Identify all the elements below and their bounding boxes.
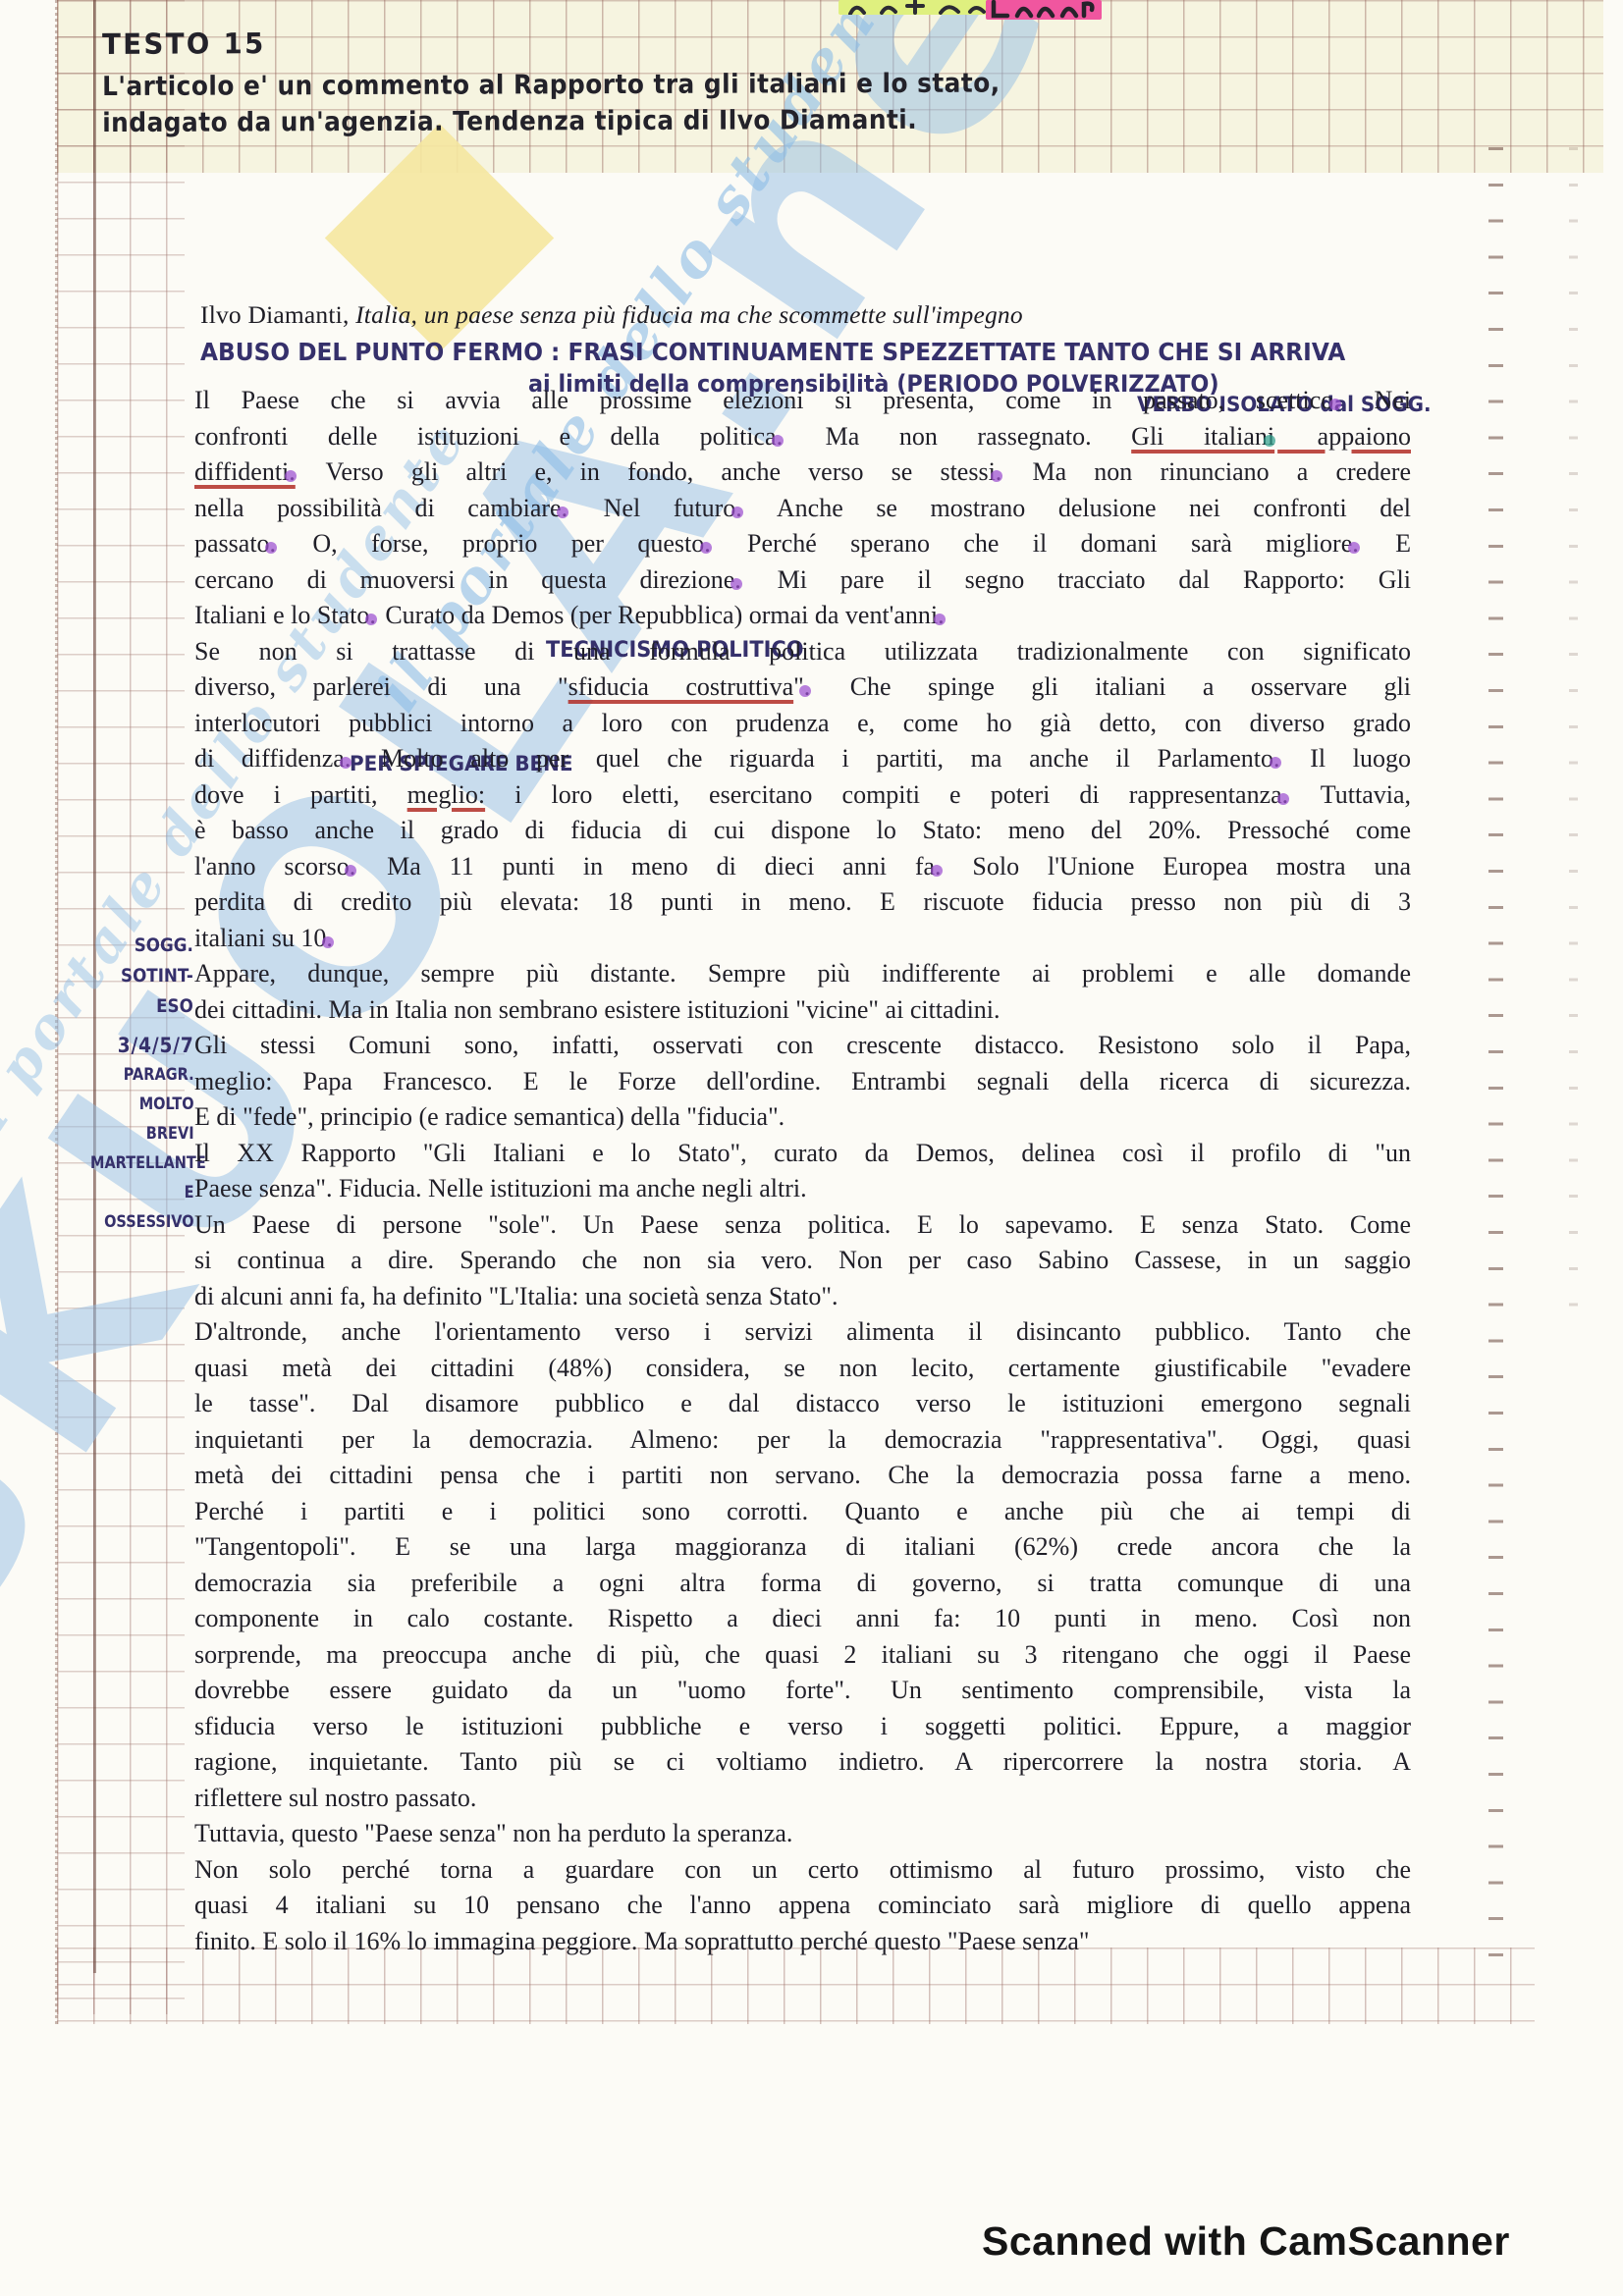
grid-dash-column-far-right bbox=[1569, 147, 1578, 1335]
period-highlight-dot bbox=[365, 614, 377, 625]
margin-note-soggetto-sottinteso: SOGG.SOTINT-ESO bbox=[98, 931, 193, 1022]
intro-note-handwritten: L'articolo e' un commento al Rapporto tr… bbox=[102, 66, 1001, 141]
period-highlight-dot bbox=[772, 435, 784, 447]
camscanner-watermark-text: Scanned with CamScanner bbox=[982, 2218, 1510, 2265]
article-line: D'altronde, anche l'orientamento verso i… bbox=[194, 1314, 1411, 1351]
period-highlight-dot bbox=[700, 542, 712, 554]
article-line: Perché i partiti e i politici sono corro… bbox=[194, 1494, 1411, 1530]
article-author: Ilvo Diamanti, bbox=[200, 300, 355, 329]
article-paragraph: Non solo perché torna a guardare con un … bbox=[194, 1852, 1411, 1960]
article-paragraph: Appare, dunque, sempre più distante. Sem… bbox=[194, 956, 1411, 1028]
article-line: italiani su 10. bbox=[194, 921, 1411, 957]
article-body: Il Paese che si avvia alle prossime elez… bbox=[194, 383, 1411, 1959]
article-line: Gli stessi Comuni sono, infatti, osserva… bbox=[194, 1028, 1411, 1064]
article-line: interlocutori pubblici intorno a loro co… bbox=[194, 706, 1411, 742]
article-line: componente in calo costante. Rispetto a … bbox=[194, 1601, 1411, 1637]
period-highlight-dot bbox=[265, 542, 277, 554]
article-line: democrazia sia preferibile a ogni altra … bbox=[194, 1566, 1411, 1602]
period-highlight-dot bbox=[1348, 542, 1360, 554]
article-line: nella possibilità di cambiare. Nel futur… bbox=[194, 491, 1411, 527]
article-paragraph: Il XX Rapporto "Gli Italiani e lo Stato"… bbox=[194, 1136, 1411, 1207]
period-highlight-dot bbox=[730, 578, 742, 590]
period-highlight-dot bbox=[1264, 435, 1275, 447]
period-highlight-dot bbox=[340, 757, 352, 769]
article-paragraph: Gli stessi Comuni sono, infatti, osserva… bbox=[194, 1028, 1411, 1136]
article-paragraph: Il Paese che si avvia alle prossime elez… bbox=[194, 383, 1411, 634]
article-line: Tuttavia, questo "Paese senza" non ha pe… bbox=[194, 1816, 1411, 1852]
article-line: metà dei cittadini pensa che i partiti n… bbox=[194, 1458, 1411, 1494]
article-line: di diffidenza. Molto alto per quel che r… bbox=[194, 741, 1411, 777]
article-line: cercano di muoversi in questa direzione.… bbox=[194, 562, 1411, 599]
article-line: dove i partiti, meglio: i loro eletti, e… bbox=[194, 777, 1411, 814]
illegible-scribble bbox=[986, 0, 1102, 20]
period-highlight-dot bbox=[345, 865, 356, 877]
period-highlight-dot bbox=[731, 507, 743, 518]
article-line: le tasse". Dal disamore pubblico e dal d… bbox=[194, 1386, 1411, 1422]
annotation-abuso-punto-fermo: ABUSO DEL PUNTO FERMO : FRASI CONTINUAME… bbox=[200, 338, 1345, 366]
cutoff-highlight-yellow bbox=[839, 0, 988, 15]
period-highlight-dot bbox=[322, 936, 334, 948]
article-byline: Ilvo Diamanti, Italia, un paese senza pi… bbox=[200, 300, 1418, 330]
period-highlight-dot bbox=[1277, 793, 1289, 805]
article-line: dei cittadini. Ma in Italia non sembrano… bbox=[194, 992, 1411, 1029]
article-line: diffidenti. Verso gli altri e, in fondo,… bbox=[194, 454, 1411, 491]
article-line: è basso anche il grado di fiducia di cui… bbox=[194, 813, 1411, 849]
article-line: "Tangentopoli". E se una larga maggioran… bbox=[194, 1529, 1411, 1566]
article-paragraph: Se non si trattasse di una formula polit… bbox=[194, 634, 1411, 957]
red-underlined-phrase: appaiono bbox=[1277, 422, 1411, 451]
article-paragraph: Tuttavia, questo "Paese senza" non ha pe… bbox=[194, 1816, 1411, 1852]
article-line: Appare, dunque, sempre più distante. Sem… bbox=[194, 956, 1411, 992]
article-line: E di "fede", principio (e radice semanti… bbox=[194, 1099, 1411, 1136]
article-line: ragione, inquietante. Tanto più se ci vo… bbox=[194, 1744, 1411, 1781]
period-highlight-dot bbox=[799, 685, 811, 697]
period-highlight-dot bbox=[1270, 757, 1281, 769]
red-underlined-phrase: meglio: bbox=[407, 780, 485, 809]
article-line: perdita di credito più elevata: 18 punti… bbox=[194, 884, 1411, 921]
article-line: di alcuni anni fa, ha definito "L'Italia… bbox=[194, 1279, 1411, 1315]
article-line: sorprende, ma preoccupa anche di più, ch… bbox=[194, 1637, 1411, 1674]
grid-dash-column-right bbox=[1488, 147, 1503, 1958]
article-line: meglio: Papa Francesco. E le Forze dell'… bbox=[194, 1064, 1411, 1100]
article-line: diverso, parlerei di una "sfiducia costr… bbox=[194, 669, 1411, 706]
cutoff-highlight-pink bbox=[986, 0, 1102, 20]
period-highlight-dot bbox=[557, 507, 568, 518]
illegible-scribble bbox=[839, 0, 988, 15]
article-paragraph: Un Paese di persone "sole". Un Paese sen… bbox=[194, 1207, 1411, 1315]
article-line: Italiani e lo Stato. Curato da Demos (pe… bbox=[194, 598, 1411, 634]
article-line: l'anno scorso. Ma 11 punti in meno di di… bbox=[194, 849, 1411, 885]
article-line: quasi metà dei cittadini (48%) considera… bbox=[194, 1351, 1411, 1387]
article-line: inquietanti per la democrazia. Almeno: p… bbox=[194, 1422, 1411, 1459]
period-highlight-dot bbox=[934, 614, 946, 625]
margin-note-paragrafi-brevi: 3/4/5/7PARAGR.MOLTOBREVIMARTELLANTEE OSS… bbox=[90, 1031, 194, 1237]
period-highlight-dot bbox=[991, 470, 1002, 482]
article-line: Non solo perché torna a guardare con un … bbox=[194, 1852, 1411, 1889]
article-line: Se non si trattasse di una formula polit… bbox=[194, 634, 1411, 670]
article-line: quasi 4 italiani su 10 pensano che l'ann… bbox=[194, 1888, 1411, 1924]
article-line: confronti delle istituzioni e della poli… bbox=[194, 419, 1411, 455]
red-underlined-phrase: Gli italiani bbox=[1131, 422, 1274, 451]
article-line: Un Paese di persone "sole". Un Paese sen… bbox=[194, 1207, 1411, 1244]
period-highlight-dot bbox=[285, 470, 297, 482]
article-line: passato. O, forse, proprio per questo. P… bbox=[194, 526, 1411, 562]
article-line: riflettere sul nostro passato. bbox=[194, 1781, 1411, 1817]
scanned-notebook-page: SKUOLA.net il portale dello studente il … bbox=[0, 0, 1623, 2296]
article-line: finito. E solo il 16% lo immagina peggio… bbox=[194, 1924, 1411, 1960]
article-line: Il Paese che si avvia alle prossime elez… bbox=[194, 383, 1411, 419]
article-paragraph: D'altronde, anche l'orientamento verso i… bbox=[194, 1314, 1411, 1816]
article-title-italic: Italia, un paese senza più fiducia ma ch… bbox=[355, 300, 1023, 329]
article-line: Paese senza". Fiducia. Nelle istituzioni… bbox=[194, 1171, 1411, 1207]
page-title-handwritten: TESTO 15 bbox=[102, 27, 266, 61]
red-underlined-phrase: diffidenti. bbox=[194, 457, 296, 486]
article-line: sfiducia verso le istituzioni pubbliche … bbox=[194, 1709, 1411, 1745]
period-highlight-dot bbox=[1329, 399, 1341, 410]
red-underlined-phrase: sfiducia costruttiva bbox=[568, 672, 794, 701]
article-line: dovrebbe essere guidato da un "uomo fort… bbox=[194, 1673, 1411, 1709]
article-line: si continua a dire. Sperando che non sia… bbox=[194, 1243, 1411, 1279]
period-highlight-dot bbox=[931, 865, 943, 877]
article-line: Il XX Rapporto "Gli Italiani e lo Stato"… bbox=[194, 1136, 1411, 1172]
